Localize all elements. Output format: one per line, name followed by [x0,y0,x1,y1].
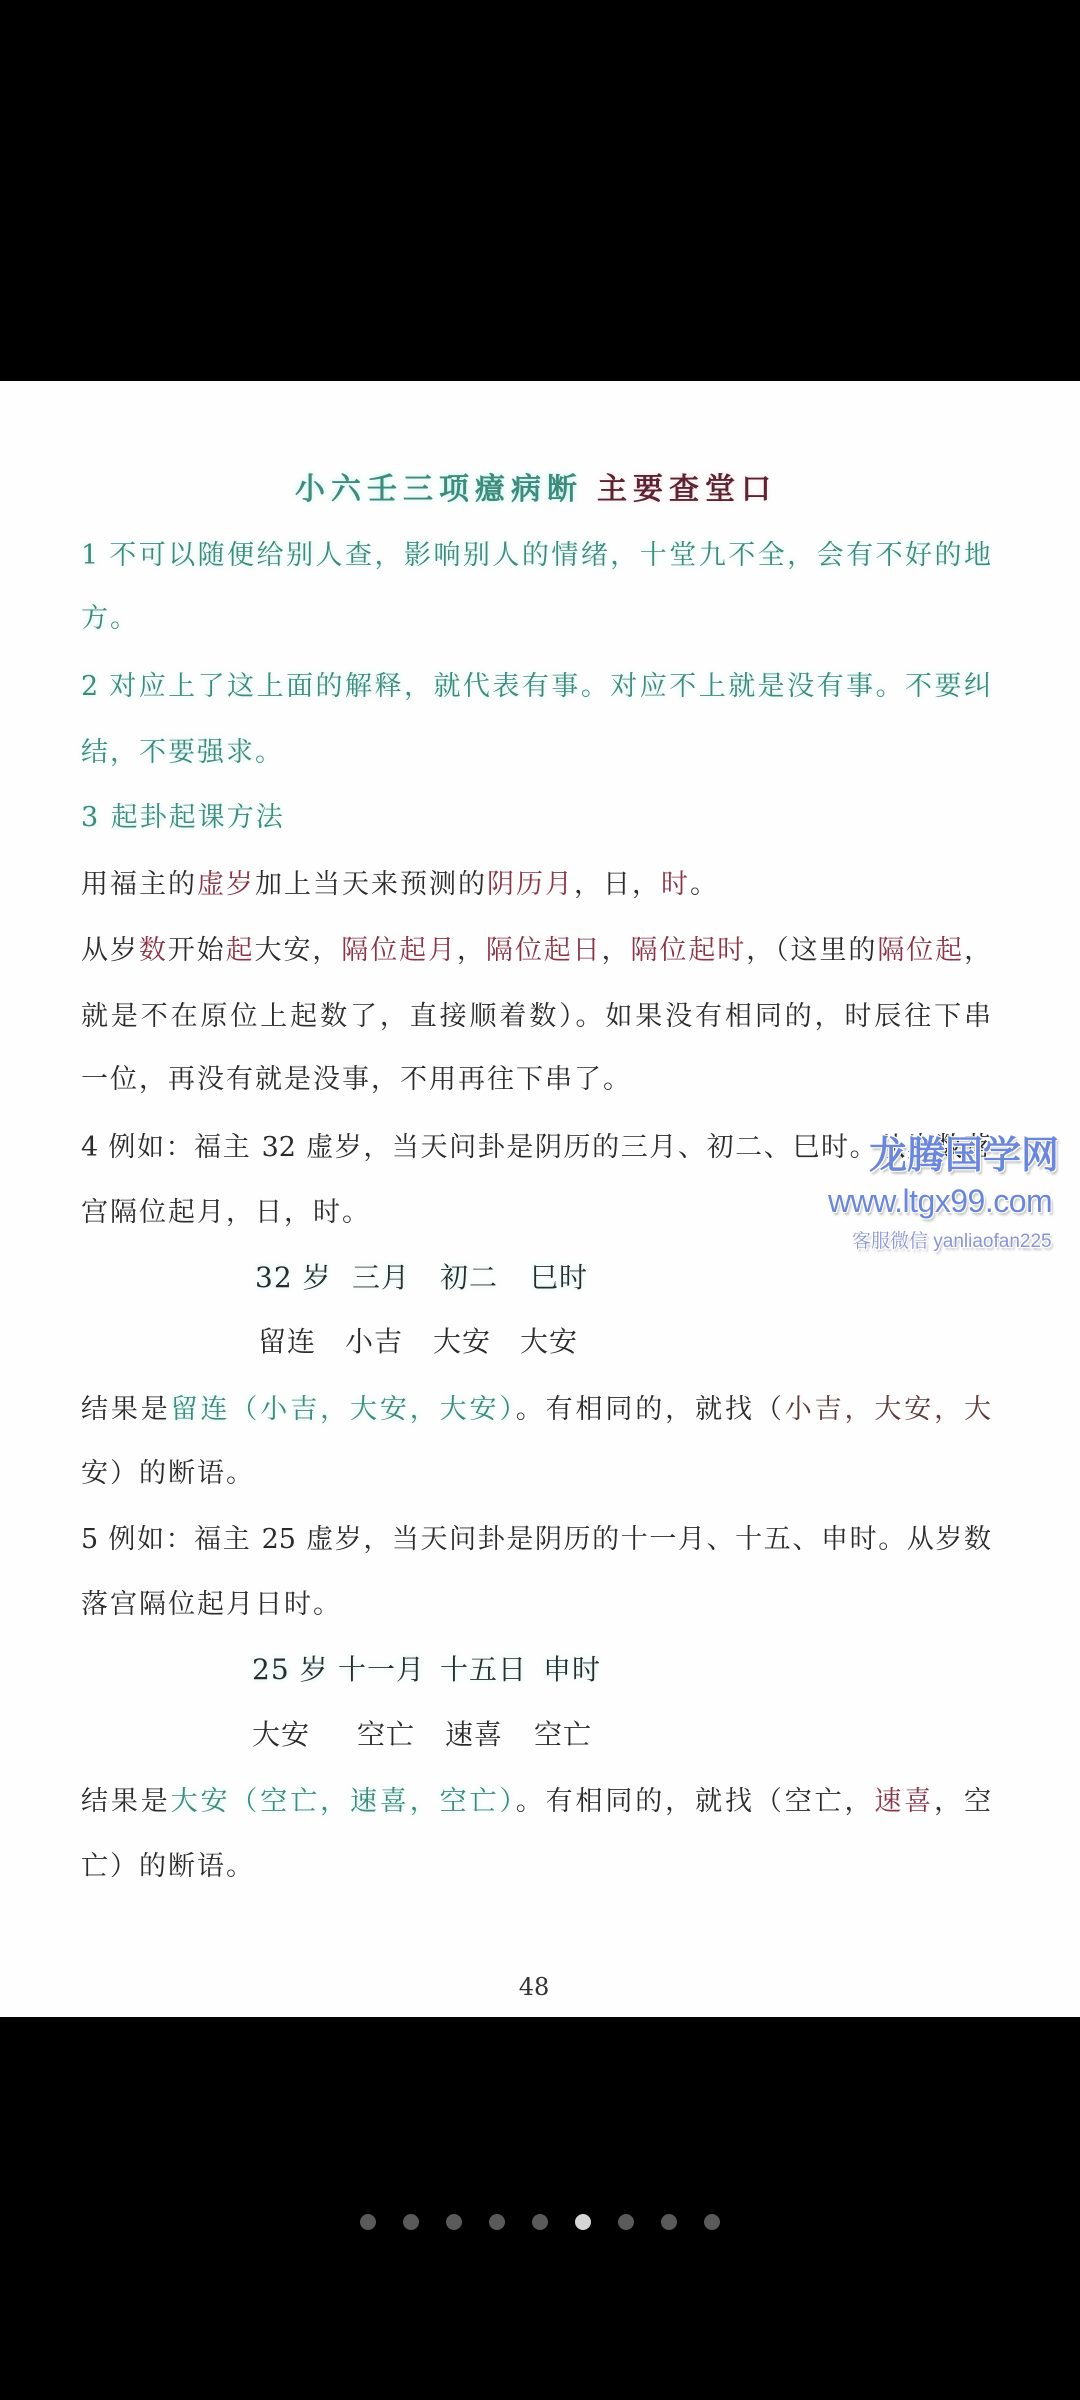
input-day: 初二 [440,1258,498,1298]
input-day: 十五日 [440,1650,527,1690]
text-segment: 从岁 [81,935,139,966]
highlight-segment: 隔位起时 [631,935,747,966]
text-segment: 。 [690,869,719,900]
result-age: 大安 [252,1715,310,1755]
highlight-segment: 小吉，大安，大 [785,1394,991,1425]
text-segment: 用福主的 [81,869,197,900]
watermark-url: www.ltgx99.com [828,1179,1052,1223]
highlight-segment: 隔位起日 [486,935,602,966]
text-segment: 结果是 [81,1786,171,1817]
example-2-conclusion-line-2: 亡）的断语。 [81,1847,255,1887]
text-segment: 落宫隔位起月日时。 [81,1589,342,1620]
text-segment: 3 起卦起课方法 [81,802,285,833]
highlight-segment: 隔位起月 [341,935,457,966]
highlight-segment: 速喜 [874,1786,934,1817]
image-viewer[interactable]: 小六壬三项癔病断主要查堂口 1 不可以随便给别人查，影响别人的情绪，十堂九不全，… [0,0,1080,2400]
input-month: 十一月 [338,1650,425,1690]
result-age: 留连 [258,1322,316,1362]
text-segment: ， [964,935,991,966]
result-hour: 大安 [520,1322,578,1362]
example-2-results: 大安 空亡 速喜 空亡 [0,1715,1080,1755]
result-hour: 空亡 [534,1715,592,1755]
example-2-conclusion-line-1: 结果是大安（空亡，速喜，空亡）。有相同的，就找（空亡，速喜，空 [81,1782,991,1822]
text-segment: ，日， [574,869,661,900]
text-segment: 安）的断语。 [81,1458,255,1489]
paragraph-1-line-2: 方。 [81,599,139,639]
text-segment: ， [457,935,486,966]
highlight-segment: 大安（空亡，速喜，空亡） [171,1786,516,1817]
input-hour: 巳时 [530,1258,588,1298]
page-indicator [0,2214,1080,2230]
title-emphasis: 主要查堂口 [597,472,777,507]
method-line-3: 就是不在原位上起数了，直接顺着数）。如果没有相同的，时辰往下串 [81,997,991,1037]
example-1-line-1: 4 例如：福主 32 虚岁，当天问卦是阴历的三月、初二、巳时。从岁数落 [81,1128,991,1168]
page-dot-active [575,2214,591,2230]
method-line-4: 一位，再没有就是没事，不用再往下串了。 [81,1060,632,1100]
highlight-segment: 时 [661,869,690,900]
highlight-segment: 起 [226,935,255,966]
text-segment: ，空 [934,1786,991,1817]
page-dot [618,2214,634,2230]
page-dot [704,2214,720,2230]
method-line-2: 从岁数开始起大安，隔位起月，隔位起日，隔位起时，（这里的隔位起， [81,931,991,971]
text-segment: 1 不可以随便给别人查，影响别人的情绪，十堂九不全，会有不好的地 [81,540,991,571]
text-segment: 。有相同的，就找（ [516,1394,785,1425]
text-segment: 2 对应上了这上面的解释，就代表有事。对应不上就是没有事。不要纠 [81,671,991,702]
result-day: 大安 [433,1322,491,1362]
text-segment: 一位，再没有就是没事，不用再往下串了。 [81,1064,632,1095]
page-dot [489,2214,505,2230]
input-age: 32 岁 [255,1258,332,1298]
title-main: 小六壬三项癔病断 [295,472,583,507]
example-2-line-1: 5 例如：福主 25 虚岁，当天问卦是阴历的十一月、十五、申时。从岁数 [81,1520,991,1560]
paragraph-2-line-1: 2 对应上了这上面的解释，就代表有事。对应不上就是没有事。不要纠 [81,667,991,707]
example-1-line-2: 宫隔位起月，日，时。 [81,1193,371,1233]
text-segment: 就是不在原位上起数了，直接顺着数）。如果没有相同的，时辰往下串 [81,1001,991,1032]
example-1-conclusion-line-1: 结果是留连（小吉，大安，大安）。有相同的，就找（小吉，大安，大 [81,1390,991,1430]
page-dot [360,2214,376,2230]
watermark-contact: 客服微信 yanliaofan225 [852,1228,1052,1256]
text-segment: 大安， [255,935,342,966]
paragraph-1-line-1: 1 不可以随便给别人查，影响别人的情绪，十堂九不全，会有不好的地 [81,536,991,576]
text-segment: 开始 [168,935,226,966]
text-segment: ，（这里的 [746,935,877,966]
example-1-results: 留连 小吉 大安 大安 [0,1322,1080,1362]
method-line-1: 用福主的虚岁加上当天来预测的阴历月，日，时。 [81,865,719,905]
section-heading-method: 3 起卦起课方法 [81,798,285,838]
text-segment: 4 例如：福主 32 虚岁，当天问卦是阴历的三月、初二、巳时。从岁数落 [81,1132,991,1163]
input-age: 25 岁 [252,1650,329,1690]
text-segment: 宫隔位起月，日，时。 [81,1197,371,1228]
highlight-segment: 隔位起 [877,935,964,966]
highlight-segment: 虚岁 [197,869,255,900]
input-month: 三月 [352,1258,410,1298]
page-title: 小六壬三项癔病断主要查堂口 [0,470,1072,510]
text-segment: 方。 [81,603,139,634]
page-number: 48 [0,1967,1068,2007]
example-1-conclusion-line-2: 安）的断语。 [81,1454,255,1494]
page-dot [661,2214,677,2230]
page-dot [403,2214,419,2230]
result-month: 空亡 [357,1715,415,1755]
example-2-line-2: 落宫隔位起月日时。 [81,1585,342,1625]
example-1-inputs: 32 岁 三月 初二 巳时 [0,1258,1080,1298]
example-2-inputs: 25 岁 十一月 十五日 申时 [0,1650,1080,1690]
highlight-segment: 留连（小吉，大安，大安） [171,1394,516,1425]
text-segment: 5 例如：福主 25 虚岁，当天问卦是阴历的十一月、十五、申时。从岁数 [81,1524,991,1555]
text-segment: 结，不要强求。 [81,737,284,768]
page-dot [446,2214,462,2230]
result-day: 速喜 [445,1715,503,1755]
text-segment: ， [602,935,631,966]
watermark-site-name: 龙腾国学网 [869,1133,1059,1177]
page-dot [532,2214,548,2230]
paragraph-2-line-2: 结，不要强求。 [81,733,284,773]
text-segment: 结果是 [81,1394,171,1425]
result-month: 小吉 [345,1322,403,1362]
text-segment: 加上当天来预测的 [255,869,487,900]
text-segment: 亡）的断语。 [81,1851,255,1882]
input-hour: 申时 [543,1650,601,1690]
highlight-segment: 数 [139,935,168,966]
highlight-segment: 阴历月 [487,869,574,900]
text-segment: 。有相同的，就找（空亡， [516,1786,875,1817]
